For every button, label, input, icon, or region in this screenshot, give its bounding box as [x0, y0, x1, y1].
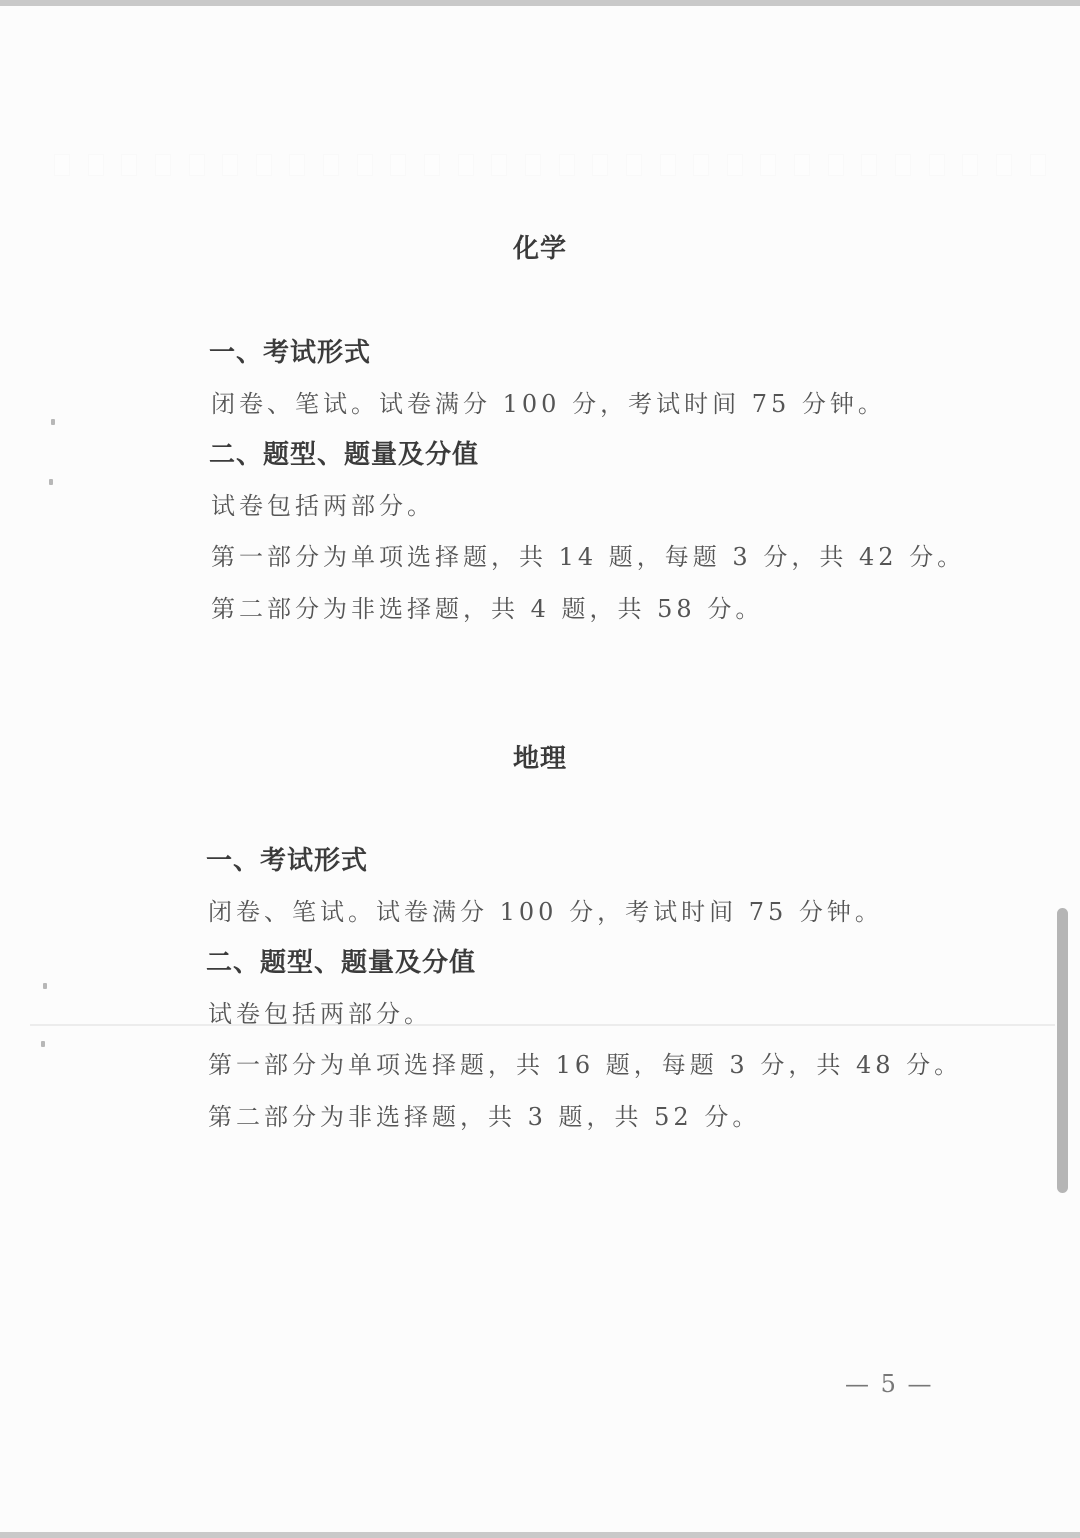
faint-watermark-pattern: [55, 150, 1045, 180]
scan-speck: [43, 983, 47, 989]
question-types-intro: 试卷包括两部分。: [208, 994, 432, 1029]
question-types-part1: 第一部分为单项选择题，共 16 题，每题 3 分，共 48 分。: [208, 1045, 962, 1080]
bottom-edge-band: [0, 1532, 1080, 1538]
scan-speck: [51, 419, 55, 425]
exam-format-text: 闭卷、笔试。试卷满分 100 分，考试时间 75 分钟。: [211, 384, 886, 419]
section-title: 地理: [0, 738, 1080, 775]
question-types-heading: 二、题型、题量及分值: [209, 434, 479, 471]
question-types-heading: 二、题型、题量及分值: [206, 942, 476, 979]
scan-speck: [49, 479, 53, 485]
exam-format-heading: 一、考试形式: [206, 840, 368, 877]
scan-fold-line: [30, 1024, 1055, 1026]
question-types-part2: 第二部分为非选择题，共 3 题，共 52 分。: [208, 1097, 760, 1132]
question-types-part2: 第二部分为非选择题，共 4 题，共 58 分。: [211, 589, 763, 624]
question-types-intro: 试卷包括两部分。: [211, 486, 435, 521]
vertical-scrollbar-thumb[interactable]: [1057, 908, 1068, 1193]
exam-format-text: 闭卷、笔试。试卷满分 100 分，考试时间 75 分钟。: [208, 892, 883, 927]
top-edge-band: [0, 0, 1080, 6]
page-number: — 5 —: [845, 1370, 934, 1398]
section-title: 化学: [0, 228, 1080, 265]
scan-speck: [41, 1041, 45, 1047]
question-types-part1: 第一部分为单项选择题，共 14 题，每题 3 分，共 42 分。: [211, 537, 965, 572]
exam-format-heading: 一、考试形式: [209, 332, 371, 369]
